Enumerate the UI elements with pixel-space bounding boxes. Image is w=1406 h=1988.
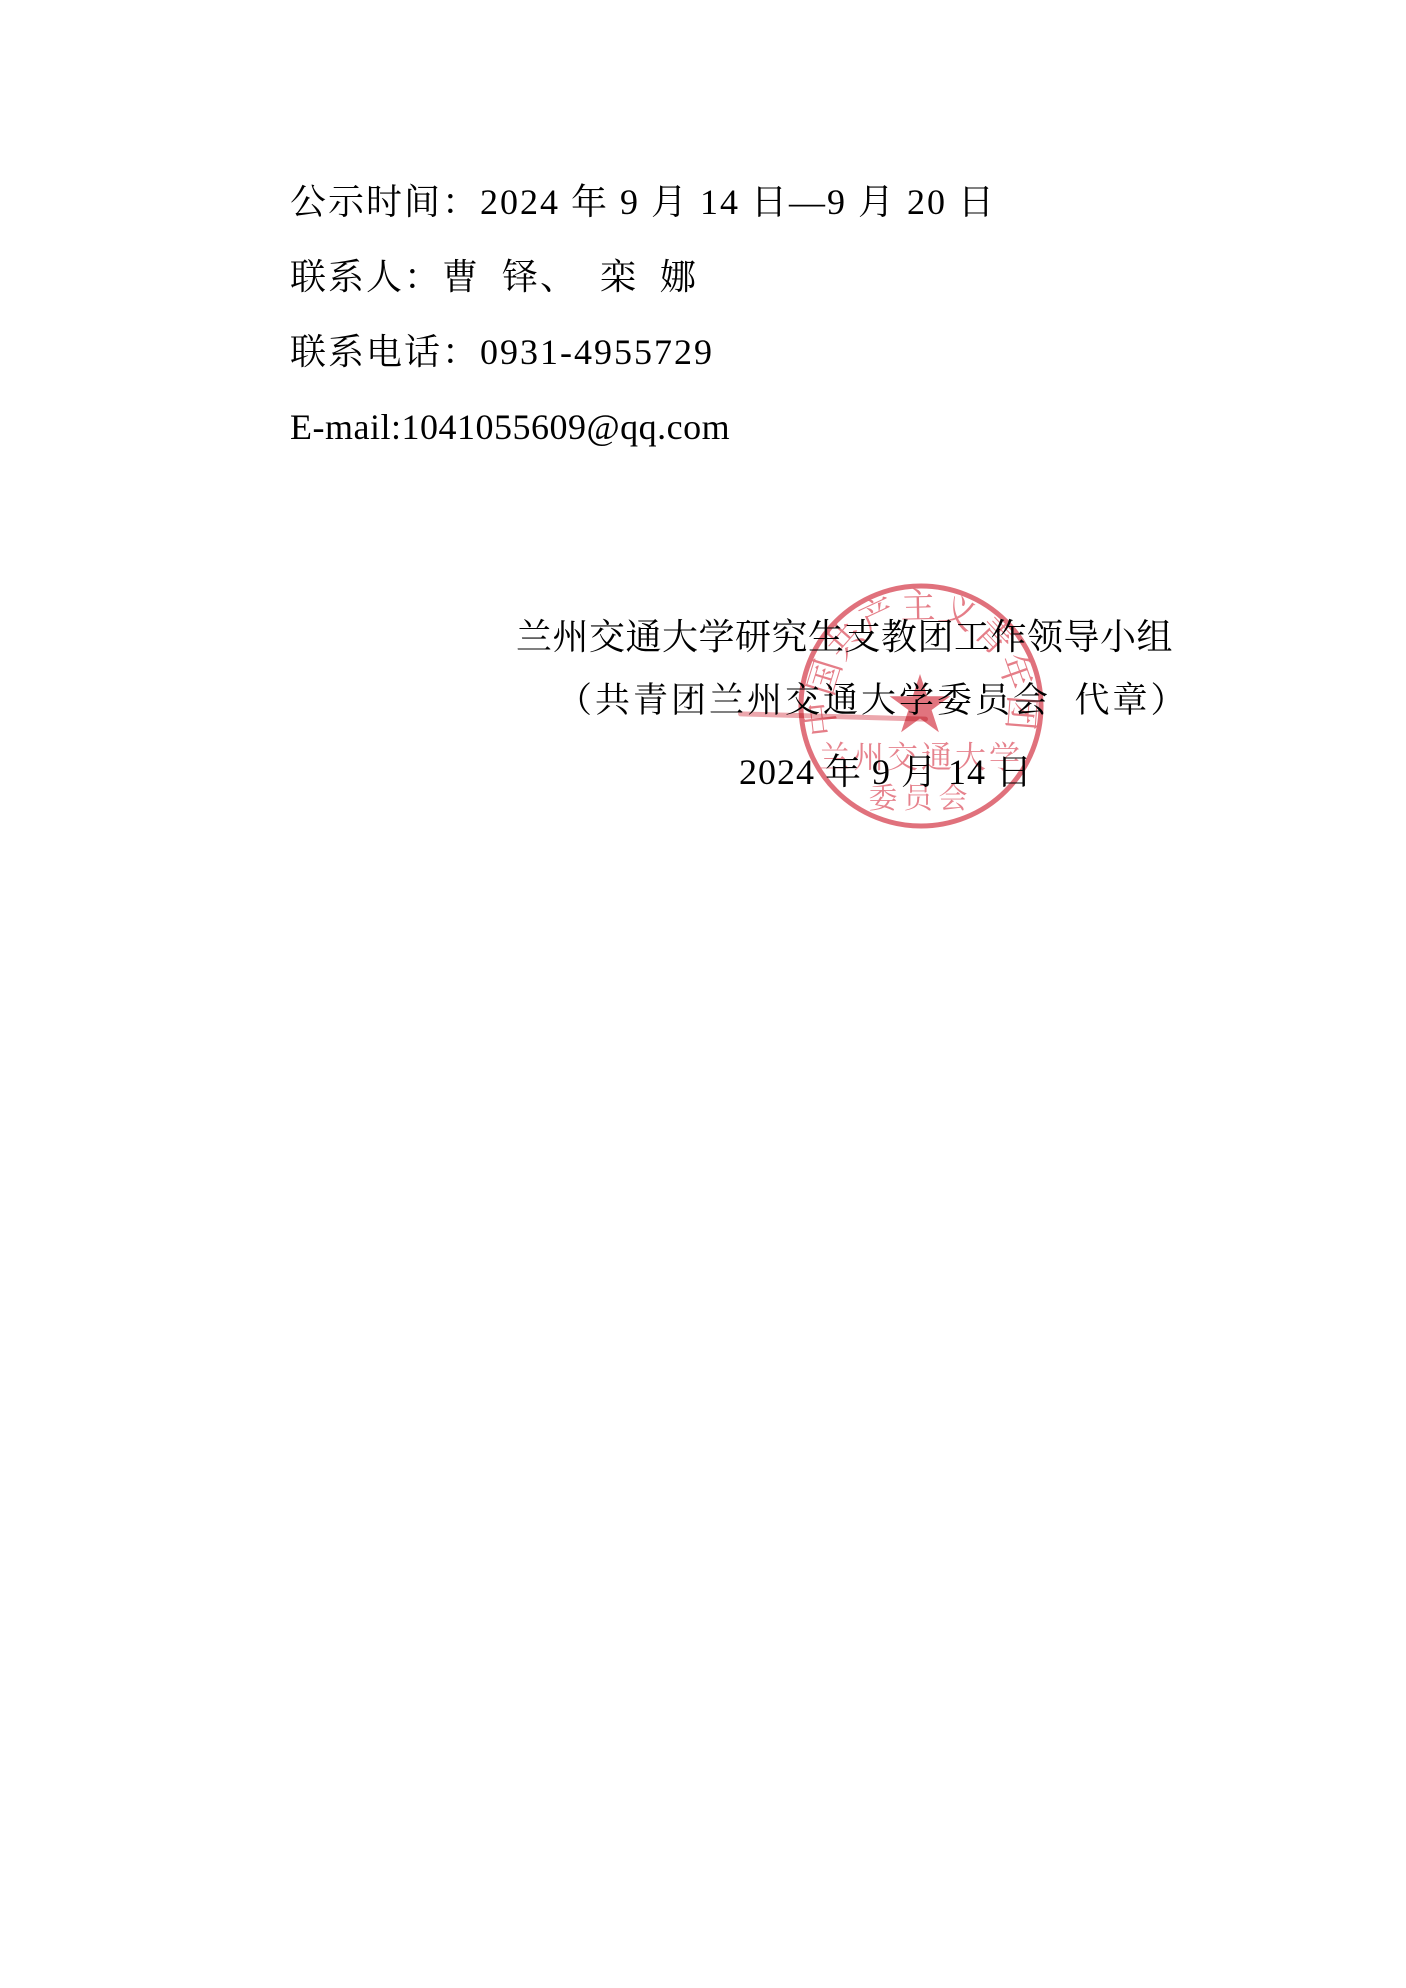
seal-university-text: 兰州交通大学 xyxy=(819,740,1023,775)
document-page: 公示时间：2024 年 9 月 14 日—9 月 20 日 联系人：曹 铎、 栾… xyxy=(0,0,1406,1988)
contact-block: 公示时间：2024 年 9 月 14 日—9 月 20 日 联系人：曹 铎、 栾… xyxy=(290,165,996,465)
contact-person-line: 联系人：曹 铎、 栾 娜 xyxy=(290,240,996,315)
contact-email-line: E-mail:1041055609@qq.com xyxy=(290,390,996,465)
contact-phone-line: 联系电话：0931-4955729 xyxy=(290,315,996,390)
publicity-period-line: 公示时间：2024 年 9 月 14 日—9 月 20 日 xyxy=(290,165,996,240)
seal-committee-text: 委员会 xyxy=(868,782,973,815)
star-icon xyxy=(890,674,951,732)
official-seal: 中国共产主义青年团 兰州交通大学 委员会 xyxy=(795,580,1045,830)
